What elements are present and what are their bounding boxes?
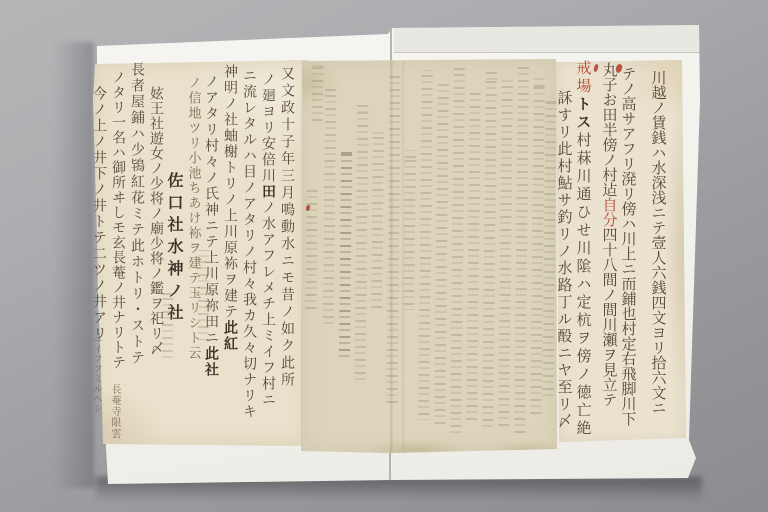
ink-segment: 神明ノ社蚰榭トリノ上川原袮ヲ建テ [222,64,238,320]
left-leaf-text-column-10: ノタリ一名ハ御所ヰしモ玄長菴ノ井ナリトテ [111,70,125,370]
ink-segment: 川越ノ賃銭ハ水深浅ニテ壹人六銭四文ヨリ拾六文ニ [650,70,668,415]
bleedthrough-column-12 [466,90,480,420]
ink-segment: テノ高サアフリ溌リ傍ハ川上ニ而鋪也村定右飛脚川下 [620,66,638,426]
ink-segment: 村菻川通ひせ川隂ハ定杭ヲ傍ノ徳亡絶 [575,132,593,438]
left-leaf-text-column-12: 長菴寺限雲 [109,384,119,439]
bleedthrough-column-14 [498,80,513,430]
ink-segment: ノ水アフレメチ上ミイフ村ニ [260,200,276,408]
ink-segment: 田 [260,184,276,200]
ink-segment: 長菴寺限雲 [109,384,120,439]
right-leaf-text-column-2: テノ高サアフリ溌リ傍ハ川上ニ而鋪也村定右飛脚川下 [621,66,636,426]
bleedthrough-column-5 [355,100,369,380]
ink-segment: 訸すリ此村鮎サ釣リノ水路丁ル酘ニヤ至リ〆 [556,90,574,430]
left-leaf-text-column-13: ニイフフミルヘシ [92,334,101,414]
bleedthrough-column-7 [386,74,400,404]
bleedthrough-column-18 [198,250,210,340]
bleedthrough-column-13 [482,70,497,430]
left-leaf-text-column-3: ニ流レタルハ目ノアタリノ村々我カ久々切ナリキ [242,68,256,420]
left-leaf-text-column-4: 神明ノ社蚰榭トリノ上川原袮ヲ建テ此紅 [223,64,237,352]
bleedthrough-column-17 [542,100,556,400]
left-leaf-text-column-8: 妶王社遊女ノ少将ノ廟少将ノ鑑ヲ祀リ〆 [149,86,163,356]
ink-segment: 長者屋鋪ハ少鴇紅花ミテ此ホトリ・ストテ [129,62,145,366]
red-ink-mark-2 [593,64,599,73]
ink-segment: ノタリ一名ハ御所ヰしモ玄長菴ノ井ナリトテ [110,70,126,370]
ink-segment: 此紅 [222,320,238,352]
ink-segment: 四十八間ノ間川瀬ヲ見立テ [601,227,619,407]
bleedthrough-column-11 [450,66,465,436]
ink-segment: 又文政十子年三月鳴動水ニモ昔ノ如ク此所 [279,66,295,389]
ink-segment: 丸子お田半傍ノ村迠 [601,62,619,197]
ink-segment: トス [575,96,593,132]
ink-segment: 此社 [203,346,219,378]
right-leaf-text-column-4: 戒場トス村菻川通ひせ川隂ハ定杭ヲ傍ノ徳亡絶 [576,60,591,438]
handwriting-layer: 又文政十子年三月鳴動水ニモ昔ノ如ク此所ノ廻ヨリ安倍川田ノ水アフレメチ上ミイフ村ニ… [0,0,768,512]
bleedthrough-column-10 [434,84,449,424]
bleedthrough-column-3 [323,86,337,326]
bleedthrough-column-19 [162,292,174,362]
ink-segment: 今ノ上ノ井下ノ井トテ二ツノ井アリ [91,86,107,342]
ink-segment: ノ廻ヨリ安倍川 [260,72,276,184]
right-leaf-text-column-1: 川越ノ賃銭ハ水深浅ニテ壹人六銭四文ヨリ拾六文ニ [651,70,666,415]
bleedthrough-column-6 [371,130,384,310]
left-leaf-text-column-9: 長者屋鋪ハ少鴇紅花ミテ此ホトリ・ストテ [130,62,144,366]
right-leaf-text-column-5: 訸すリ此村鮎サ釣リノ水路丁ル酘ニヤ至リ〆 [557,90,572,430]
left-leaf-text-column-2: ノ廻ヨリ安倍川田ノ水アフレメチ上ミイフ村ニ [261,72,275,408]
right-leaf-text-column-3: 丸子お田半傍ノ村迠自分四十八間ノ間川瀬ヲ見立テ [602,62,617,407]
bleedthrough-column-4 [339,150,352,360]
red-ink-segment: 戒場 [575,60,593,96]
left-leaf-text-column-1: 又文政十子年三月鳴動水ニモ昔ノ如ク此所 [280,66,294,389]
left-leaf-text-column-11: 今ノ上ノ井下ノ井トテ二ツノ井アリ [92,86,106,342]
ink-segment: ニイフフミルヘシ [92,334,102,414]
bleedthrough-column-15 [514,66,529,436]
manuscript-photograph: 又文政十子年三月鳴動水ニモ昔ノ如ク此所ノ廻ヨリ安倍川田ノ水アフレメチ上ミイフ村ニ… [0,0,768,512]
ink-segment: ニ流レタルハ目ノアタリノ村々我カ久々切ナリキ [241,68,257,420]
red-ink-segment: 自分 [601,197,619,227]
bleedthrough-column-8 [403,150,416,310]
bleedthrough-column-9 [418,70,433,420]
bleedthrough-column-2 [312,64,324,124]
